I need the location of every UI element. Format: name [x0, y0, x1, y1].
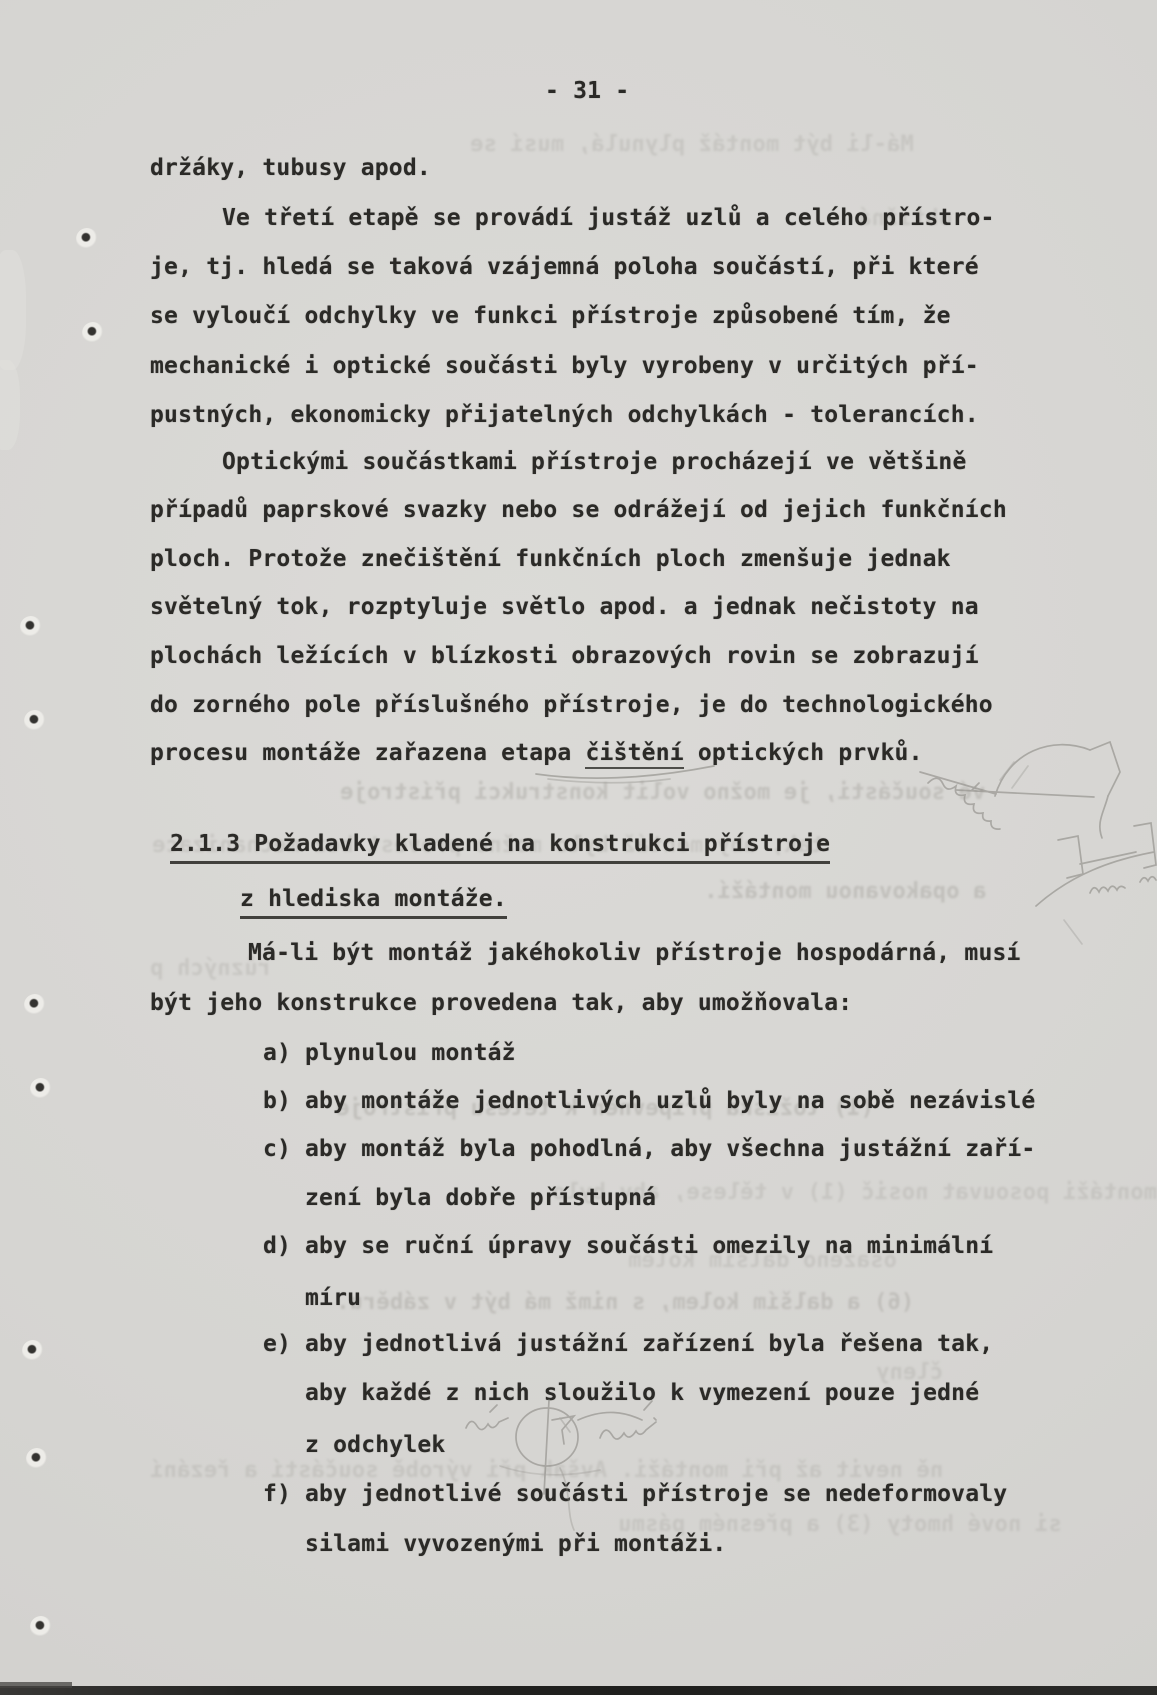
binding-hole	[30, 1078, 52, 1100]
paper-edge-patch	[0, 360, 20, 450]
paragraph-line: Má-li být montáž jakéhokoliv přístroje h…	[248, 938, 1021, 968]
list-item-line: aby montáž byla pohodlná, aby všechna ju…	[305, 1134, 1035, 1164]
paragraph-line: světelný tok, rozptyluje světlo apod. a …	[150, 592, 979, 622]
paragraph-line: být jeho konstrukce provedena tak, aby u…	[150, 988, 852, 1018]
paragraph-line: se vyloučí odchylky ve funkci přístroje …	[150, 301, 951, 331]
list-item-line: z odchylek	[305, 1430, 445, 1460]
bleedthrough-line: (6) a dalším kolem, s nimž má být v zábě…	[336, 1290, 914, 1316]
list-item-label: e)	[263, 1329, 291, 1359]
bleedthrough-line: a opakovanou montáží.	[704, 879, 986, 905]
paragraph-line: procesu montáže zařazena etapa čištění o…	[150, 738, 923, 768]
paper-edge-patch	[0, 250, 26, 370]
list-item-label: b)	[263, 1086, 291, 1116]
binding-hole	[24, 994, 46, 1016]
binding-hole	[20, 616, 42, 638]
pencil-bracket-doodles	[1036, 823, 1156, 944]
bleedthrough-line: Má-li být montáž plynulá, musí se	[470, 132, 914, 158]
paragraph-line: do zorného pole příslušného přístroje, j…	[150, 690, 993, 720]
paragraph-text: optických prvků.	[684, 740, 923, 766]
underlined-word-cisteni: čištění	[585, 740, 683, 769]
scan-edge-bar	[0, 1686, 1157, 1695]
paragraph-line: ploch. Protože znečištění funkčních ploc…	[150, 544, 951, 574]
scanned-document-page: Má-li být montáž plynulá, musí se obtížn…	[0, 0, 1157, 1695]
pencil-cursive-word-left	[466, 1405, 508, 1430]
paragraph-line: je, tj. hledá se taková vzájemná poloha …	[150, 252, 979, 282]
list-item-line: aby jednotlivá justážní zařízení byla ře…	[305, 1329, 993, 1359]
bleedthrough-line: vé součásti, je možno volit konstrukci p…	[340, 780, 985, 806]
binding-hole	[22, 1340, 44, 1362]
list-item-line: aby se ruční úpravy součásti omezily na …	[305, 1231, 993, 1261]
list-item-line: silami vyvozenými při montáži.	[305, 1529, 726, 1559]
list-item-line: zení byla dobře přístupná	[305, 1183, 656, 1213]
scan-edge-notch	[0, 1682, 72, 1688]
list-item-label: a)	[263, 1038, 291, 1068]
paragraph-line: plochách ležících v blízkosti obrazových…	[150, 641, 979, 671]
list-item-line: aby každé z nich sloužilo k vymezení pou…	[305, 1378, 979, 1408]
binding-hole	[82, 322, 104, 344]
paragraph-line: případů paprskové svazky nebo se odrážej…	[150, 495, 1007, 525]
paragraph-line: pustných, ekonomicky přijatelných odchyl…	[150, 400, 979, 430]
paragraph-line: mechanické i optické součásti byly vyrob…	[150, 351, 979, 381]
paragraph-line: držáky, tubusy apod.	[150, 153, 431, 183]
binding-hole	[76, 228, 98, 250]
paragraph-line: Optickými součástkami přístroje procháze…	[222, 447, 967, 477]
binding-hole	[30, 1616, 52, 1638]
list-item-label: f)	[263, 1479, 291, 1509]
section-heading-line-2: z hlediska montáže.	[240, 884, 507, 914]
list-item-line: plynulou montáž	[305, 1038, 516, 1068]
list-item-line: míru	[305, 1283, 361, 1313]
paragraph-text: procesu montáže zařazena etapa	[150, 740, 585, 766]
section-heading-line-1: 2.1.3 Požadavky kladené na konstrukci př…	[170, 829, 830, 859]
list-item-label: d)	[263, 1231, 291, 1261]
list-item-line: aby jednotlivé součásti přístroje se ned…	[305, 1479, 1007, 1509]
binding-hole	[26, 1448, 48, 1470]
list-item-line: aby montáže jednotlivých uzlů byly na so…	[305, 1086, 1035, 1116]
list-item-label: c)	[263, 1134, 291, 1164]
paragraph-line: Ve třetí etapě se provádí justáž uzlů a …	[222, 203, 995, 233]
binding-hole	[24, 710, 46, 732]
page-number: - 31 -	[545, 76, 629, 106]
